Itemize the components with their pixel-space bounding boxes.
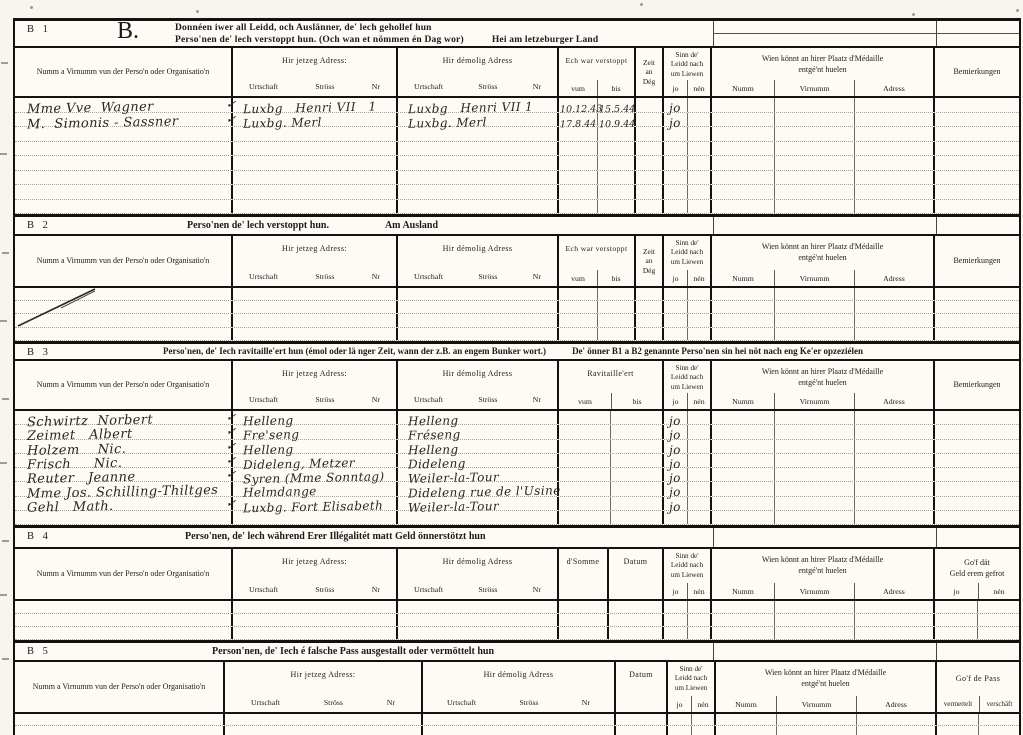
cell-jo — [664, 301, 688, 313]
wien-sublabels: NummVirnummAdress — [712, 393, 933, 409]
stross-label: Ströss — [519, 698, 538, 707]
cell-bis — [611, 425, 664, 438]
nr-label: Nr — [387, 698, 395, 707]
cell-vum — [559, 511, 611, 524]
cell-nen — [688, 440, 712, 453]
table-row — [15, 288, 1019, 301]
cell-numm — [712, 627, 775, 639]
cell-virnumm — [775, 113, 855, 127]
cell-bem — [935, 301, 1019, 313]
name-col-label: Numm a Virnumm vun der Perso'n oder Orga… — [21, 681, 218, 693]
urtschaft-label: Urtschaft — [249, 395, 278, 404]
cell-jo — [664, 328, 688, 340]
name-col-label: Numm a Virnumm vun der Perso'n oder Orga… — [25, 66, 222, 78]
addr-sublabels: UrtschaftStrössNr — [398, 395, 557, 404]
table-row: Frisch Nic.✓Dideleng, MetzerDidelengjo — [15, 454, 1019, 468]
cell-numm — [712, 440, 775, 453]
demolig-label: Hir démolig Adress — [398, 244, 557, 253]
jetzeg-label: Hir jetzeg Adress: — [225, 670, 421, 679]
cell-demolig — [398, 185, 559, 199]
cell-demolig — [398, 601, 559, 613]
cell-demolig — [398, 301, 559, 313]
col-demolig-adress: Hir démolig Adress UrtschaftStrössNr — [398, 48, 559, 96]
col-gof-geld: Go'f dätGeld erem gefrot jonén — [935, 549, 1019, 599]
cell-adress — [855, 482, 935, 495]
vum-bis-sublabels: vumbis — [559, 393, 662, 409]
bis-label: bis — [611, 393, 662, 409]
col-jetzeg-adress: Hir jetzeg Adress: UrtschaftStrössNr — [233, 48, 398, 96]
adress-label: Adress — [854, 270, 933, 286]
wien-label: Wien könnt an hirer Plaatz d'Médailleent… — [712, 54, 933, 76]
cell-virnumm — [775, 185, 855, 199]
table-row: Reuter Jeanne✓Syren (Mme Sonntag)Weiler-… — [15, 468, 1019, 482]
jetzeg-label: Hir jetzeg Adress: — [233, 244, 396, 253]
cell-nen — [688, 301, 712, 313]
cell-adress — [855, 113, 935, 127]
cell-zeit — [636, 288, 664, 300]
cell-numm — [712, 468, 775, 481]
cell-name — [15, 601, 233, 613]
stross-label: Ströss — [315, 395, 334, 404]
cell-jetzeg: Luxbg. Merl — [233, 113, 398, 127]
vermettelt-label: vermettelt — [937, 696, 979, 712]
cell-adress — [855, 142, 935, 156]
cell-bis — [598, 314, 636, 326]
cell-verm — [937, 714, 979, 725]
b5-body — [15, 714, 1019, 735]
gof-jo-nen-sublabels: jonén — [935, 583, 1019, 599]
cell-zeit — [636, 200, 664, 214]
cell-nen — [688, 627, 712, 639]
col-sinn: Sinn de'Leidd nachum Liewen jonén — [664, 236, 712, 286]
cell-zeit — [636, 113, 664, 127]
sinn-label: Sinn de'Leidd nachum Liewen — [664, 51, 710, 79]
col-bemierkungen: Bemierkungen — [935, 236, 1019, 286]
cell-bis — [598, 127, 636, 141]
cell-vum — [559, 127, 598, 141]
cell-virnumm — [775, 601, 855, 613]
cell-zeit — [636, 171, 664, 185]
cell-demolig — [398, 328, 559, 340]
col-demolig-adress: Hir démolig Adress UrtschaftStrössNr — [423, 662, 616, 712]
table-row — [15, 185, 1019, 200]
b2-section-id: B 2 — [15, 217, 103, 231]
cell-virnumm — [775, 482, 855, 495]
cell-bis — [611, 468, 664, 481]
table-row: Mme Vve Wagner✓Luxbg Henri VII 1Luxbg He… — [15, 98, 1019, 113]
wien-line2: entgé'nt huelen — [712, 253, 933, 264]
gof-geld-line1: Go'f dät — [935, 558, 1019, 569]
stross-label: Ströss — [324, 698, 343, 707]
cell-adress — [855, 614, 935, 626]
sinn-line3: um Liewen — [664, 70, 710, 79]
cell-jetzeg — [233, 200, 398, 214]
cell-virnumm — [775, 468, 855, 481]
cell-name: Holzem Nic.✓ — [15, 440, 233, 453]
wien-line1: Wien könnt an hirer Plaatz d'Médaille — [712, 367, 933, 378]
table-row: Zeimet Albert✓Fre'sengFrésengjo — [15, 425, 1019, 439]
cell-bis — [598, 142, 636, 156]
cell-jetzeg — [233, 614, 398, 626]
cell-bem — [935, 511, 1019, 524]
cell-vum: 10.12.43 — [559, 98, 598, 112]
col-somme: d'Somme — [559, 549, 609, 599]
numm-label: Numm — [712, 270, 774, 286]
vum-label: vum — [559, 80, 597, 96]
gof-geld-line2: Geld erem gefrot — [935, 569, 1019, 580]
cell-adress — [855, 185, 935, 199]
zeit-label-2: an — [636, 67, 662, 76]
cell-jetzeg — [233, 171, 398, 185]
cell-adress — [855, 171, 935, 185]
cell-numm — [712, 185, 775, 199]
cell-numm — [712, 113, 775, 127]
cell-virnumm — [775, 127, 855, 141]
cell-nen — [688, 171, 712, 185]
cell-demolig — [398, 200, 559, 214]
cell-gjo — [935, 614, 978, 626]
table-row — [15, 142, 1019, 157]
nr-label: Nr — [533, 82, 541, 91]
jo-nen-sublabels: jonén — [664, 270, 710, 286]
sinn-label: Sinn de'Leidd nachum Liewen — [664, 239, 710, 267]
stross-label: Ströss — [315, 585, 334, 594]
table-row — [15, 601, 1019, 614]
cell-name: Zeimet Albert✓ — [15, 425, 233, 438]
table-row — [15, 726, 1019, 735]
zeit-label-3: Dég — [636, 266, 662, 275]
cell-adress — [855, 511, 935, 524]
jo-nen-sublabels: jonén — [668, 696, 714, 712]
cell-nen — [688, 454, 712, 467]
cell-jetzeg — [233, 185, 398, 199]
col-wien: Wien könnt an hirer Plaatz d'Médailleent… — [712, 236, 935, 286]
cell-numm — [712, 497, 775, 510]
cell-bis — [598, 156, 636, 170]
cell-name — [15, 185, 233, 199]
cell-demolig: Weiler-la-Tour — [398, 497, 559, 510]
urtschaft-label: Urtschaft — [249, 585, 278, 594]
table-row: Schwirtz Norbert✓HellengHellengjo — [15, 411, 1019, 425]
b4-title: Perso'nen, de' lech während Erer Illégal… — [185, 528, 486, 542]
cell-bis: 10.9.44 — [598, 113, 636, 127]
cell-datum — [609, 601, 664, 613]
cell-somme — [559, 614, 609, 626]
cell-jetzeg: Fre'seng — [233, 425, 398, 438]
cell-datum — [609, 614, 664, 626]
adress-label: Adress — [854, 583, 933, 599]
cell-name — [15, 627, 233, 639]
sinn-line3: um Liewen — [664, 571, 710, 580]
datum-label: Datum — [609, 557, 662, 566]
cell-gnen — [978, 601, 1019, 613]
cell-bem — [935, 497, 1019, 510]
b5-title: Person'nen, de' Iech é falsche Pass ausg… — [212, 643, 494, 657]
cell-numm — [716, 714, 777, 725]
cell-nen — [688, 185, 712, 199]
table-row — [15, 127, 1019, 142]
b1-title-line2-wrap: Perso'nen de' lech verstoppt hun. (Och w… — [175, 35, 598, 47]
b1-body: Mme Vve Wagner✓Luxbg Henri VII 1Luxbg He… — [15, 98, 1019, 214]
cell-adress — [857, 714, 937, 725]
cell-virnumm — [775, 142, 855, 156]
urtschaft-label: Urtschaft — [447, 698, 476, 707]
b3-title-right: De' önner B1 a B2 genannte Perso'nen sin… — [572, 346, 863, 356]
table-row — [15, 714, 1019, 726]
cell-jetzeg: Helleng — [233, 411, 398, 424]
b3-body: Schwirtz Norbert✓HellengHellengjoZeimet … — [15, 411, 1019, 525]
cell-gjo — [935, 601, 978, 613]
cell-numm — [712, 511, 775, 524]
cell-name: Frisch Nic.✓ — [15, 454, 233, 467]
cell-numm — [712, 301, 775, 313]
cell-vum — [559, 156, 598, 170]
col-sinn: Sinn de'Leidd nachum Liewen jonén — [664, 361, 712, 409]
addr-sublabels: UrtschaftStrössNr — [398, 82, 557, 91]
cell-vum — [559, 200, 598, 214]
cell-demolig — [398, 614, 559, 626]
cell-adress — [857, 726, 937, 735]
b1-title: Donnéen iwer all Leidd, och Auslänner, d… — [175, 21, 598, 47]
title-divider — [713, 217, 714, 234]
cell-bem — [935, 440, 1019, 453]
stross-label: Ströss — [315, 272, 334, 281]
cell-zeit — [636, 314, 664, 326]
cell-jo — [664, 185, 688, 199]
vum-label: vum — [559, 270, 597, 286]
bis-label: bis — [597, 270, 634, 286]
cell-bis — [611, 482, 664, 495]
virnumm-label: Virnumm — [774, 583, 854, 599]
adress-label: Adress — [854, 80, 933, 96]
stross-label: Ströss — [478, 585, 497, 594]
cell-jo — [668, 726, 692, 735]
cell-vum — [559, 425, 611, 438]
cell-jetzeg: Syren (Mme Sonntag) — [233, 468, 398, 481]
virnumm-label: Virnumm — [776, 696, 856, 712]
cell-bis — [598, 185, 636, 199]
cell-bis — [611, 511, 664, 524]
cell-vum — [559, 454, 611, 467]
col-sinn: Sinn de'Leidd nachum Liewen jonén — [664, 48, 712, 96]
b3-header: Numm a Virnumm vun der Perso'n oder Orga… — [15, 361, 1019, 411]
col-zeit: ZeitanDég — [636, 48, 664, 96]
cell-adress — [855, 98, 935, 112]
col-zeit: ZeitanDég — [636, 236, 664, 286]
cell-vum — [559, 142, 598, 156]
cell-vum — [559, 482, 611, 495]
cell-virnumm — [775, 200, 855, 214]
cell-name — [15, 142, 233, 156]
cell-name — [15, 714, 225, 725]
cell-name — [15, 156, 233, 170]
col-wien: Wien könnt an hirer Plaatz d'Médailleent… — [712, 549, 935, 599]
cell-vum — [559, 288, 598, 300]
cell-bem — [935, 127, 1019, 141]
cell-bem — [935, 171, 1019, 185]
cell-nen — [688, 200, 712, 214]
col-datum: Datum — [616, 662, 668, 712]
cell-numm — [712, 171, 775, 185]
cell-vum — [559, 440, 611, 453]
stross-label: Ströss — [478, 82, 497, 91]
cell-nen — [688, 425, 712, 438]
cell-nen — [688, 511, 712, 524]
addr-sublabels: UrtschaftStrössNr — [233, 82, 396, 91]
cell-zeit — [636, 301, 664, 313]
col-bemierkungen: Bemierkungen — [935, 48, 1019, 96]
sinn-line2: Leidd nach — [664, 60, 710, 69]
cell-numm — [712, 614, 775, 626]
jo-label: jo — [664, 80, 687, 96]
b2-header: Numm a Virnumm vun der Perso'n oder Orga… — [15, 236, 1019, 288]
cell-jo — [664, 156, 688, 170]
cell-jo: jo — [664, 497, 688, 510]
cell-bem — [935, 98, 1019, 112]
section-b4: B 4 Perso'nen, de' lech während Erer Ill… — [15, 525, 1019, 640]
cell-numm — [712, 288, 775, 300]
addr-sublabels: UrtschaftStrössNr — [398, 585, 557, 594]
name-col-label: Numm a Virnumm vun der Perso'n oder Orga… — [25, 255, 222, 267]
wien-line2: entgé'nt huelen — [712, 65, 933, 76]
cell-jo: jo — [664, 113, 688, 127]
title-divider — [936, 217, 937, 234]
b4-title-row: B 4 Perso'nen, de' lech während Erer Ill… — [15, 528, 1019, 549]
cell-zeit — [636, 127, 664, 141]
cell-demolig — [398, 156, 559, 170]
cell-jetzeg: Luxbg. Fort Elisabeth — [233, 497, 398, 510]
sinn-line3: um Liewen — [664, 258, 710, 267]
cell-virnumm — [775, 301, 855, 313]
cell-datum — [609, 627, 664, 639]
b3-title-row: B 3 Perso'nen, de' Iech ravitaille'ert h… — [15, 344, 1019, 361]
b5-header: Numm a Virnumm vun der Perso'n oder Orga… — [15, 662, 1019, 714]
cell-versch — [979, 726, 1019, 735]
nen-label: nén — [687, 270, 710, 286]
nr-label: Nr — [582, 698, 590, 707]
wien-line1: Wien könnt an hirer Plaatz d'Médaille — [712, 242, 933, 253]
sinn-line1: Sinn de' — [664, 364, 710, 373]
virnumm-label: Virnumm — [774, 270, 854, 286]
bis-label: bis — [597, 80, 634, 96]
wien-label: Wien könnt an hirer Plaatz d'Médailleent… — [712, 555, 933, 577]
cell-bem — [935, 454, 1019, 467]
adress-label: Adress — [854, 393, 933, 409]
name-col-label: Numm a Virnumm vun der Perso'n oder Orga… — [25, 568, 222, 580]
table-row — [15, 511, 1019, 525]
col-ravitailleert: Ravitaille'ert vumbis — [559, 361, 664, 409]
cell-numm — [712, 314, 775, 326]
nr-label: Nr — [533, 395, 541, 404]
vum-bis-sublabels: vumbis — [559, 270, 634, 286]
cell-vum — [559, 328, 598, 340]
cell-nen — [688, 601, 712, 613]
verstoppt-label: Ech war verstoppt — [559, 244, 634, 253]
wien-sublabels: NummVirnummAdress — [712, 270, 933, 286]
cell-bem — [935, 468, 1019, 481]
nr-label: Nr — [372, 395, 380, 404]
verstoppt-label: Ech war verstoppt — [559, 56, 634, 65]
b2-title-row: B 2 Perso'nen de' lech verstoppt hun.Am … — [15, 217, 1019, 236]
addr-sublabels: UrtschaftStrössNr — [225, 698, 421, 707]
cell-bis — [611, 497, 664, 510]
cell-jetzeg: Helmdange — [233, 482, 398, 495]
cell-numm — [712, 98, 775, 112]
table-row — [15, 301, 1019, 314]
urtschaft-label: Urtschaft — [251, 698, 280, 707]
b1-title-line1: Donnéen iwer all Leidd, och Auslänner, d… — [175, 23, 598, 35]
title-divider — [936, 643, 937, 660]
cell-demolig — [398, 314, 559, 326]
cell-numm — [712, 156, 775, 170]
col-name: Numm a Virnumm vun der Perso'n oder Orga… — [15, 662, 225, 712]
cell-virnumm — [775, 328, 855, 340]
section-b5: B 5 Person'nen, de' Iech é falsche Pass … — [15, 640, 1019, 735]
cell-virnumm — [775, 98, 855, 112]
sinn-label: Sinn de'Leidd nachum Liewen — [664, 364, 710, 392]
cell-jetzeg — [233, 127, 398, 141]
cell-jo — [664, 171, 688, 185]
cell-jo: jo — [664, 440, 688, 453]
cell-adress — [855, 314, 935, 326]
numm-label: Numm — [712, 80, 774, 96]
cell-adress — [855, 301, 935, 313]
cell-jetzeg — [233, 328, 398, 340]
cell-vum: 17.8.44 — [559, 113, 598, 127]
cell-virnumm — [777, 714, 857, 725]
cell-name — [15, 171, 233, 185]
nr-label: Nr — [533, 272, 541, 281]
col-demolig-adress: Hir démolig Adress UrtschaftStrössNr — [398, 549, 559, 599]
cell-jo — [664, 511, 688, 524]
cell-zeit — [636, 328, 664, 340]
col-demolig-adress: Hir démolig Adress UrtschaftStrössNr — [398, 361, 559, 409]
cell-jo: jo — [664, 411, 688, 424]
cell-jo — [668, 714, 692, 725]
cell-numm — [712, 601, 775, 613]
cell-jo: jo — [664, 454, 688, 467]
b1-title-line2: Perso'nen de' lech verstoppt hun. (Och w… — [175, 35, 464, 45]
addr-sublabels: UrtschaftStrössNr — [423, 698, 614, 707]
sinn-label: Sinn de'Leidd nachum Liewen — [664, 552, 710, 580]
cell-bis — [598, 288, 636, 300]
sinn-label: Sinn de'Leidd nachum Liewen — [668, 665, 714, 693]
cell-jetzeg: Helleng — [233, 440, 398, 453]
wien-sublabels: NummVirnummAdress — [716, 696, 935, 712]
cell-adress — [855, 468, 935, 481]
cell-nen — [692, 726, 716, 735]
cell-adress — [855, 601, 935, 613]
urtschaft-label: Urtschaft — [249, 82, 278, 91]
table-row: Mme Jos. Schilling-ThiltgesHelmdangeDide… — [15, 482, 1019, 496]
nr-label: Nr — [372, 585, 380, 594]
cell-bem — [935, 314, 1019, 326]
b2-title-right: Am Ausland — [385, 220, 438, 231]
cell-bis — [611, 411, 664, 424]
title-divider — [713, 528, 714, 547]
gof-geld-label: Go'f dätGeld erem gefrot — [935, 558, 1019, 580]
stross-label: Ströss — [478, 272, 497, 281]
cell-nen — [688, 411, 712, 424]
ravitailleert-label: Ravitaille'ert — [559, 369, 662, 378]
table-row — [15, 314, 1019, 327]
demolig-label: Hir démolig Adress — [398, 369, 557, 378]
addr-sublabels: UrtschaftStrössNr — [233, 395, 396, 404]
cell-demolig: Fréseng — [398, 425, 559, 438]
cell-bem — [935, 411, 1019, 424]
nr-label: Nr — [533, 585, 541, 594]
b4-title-text: Perso'nen, de' lech während Erer Illégal… — [185, 531, 486, 542]
